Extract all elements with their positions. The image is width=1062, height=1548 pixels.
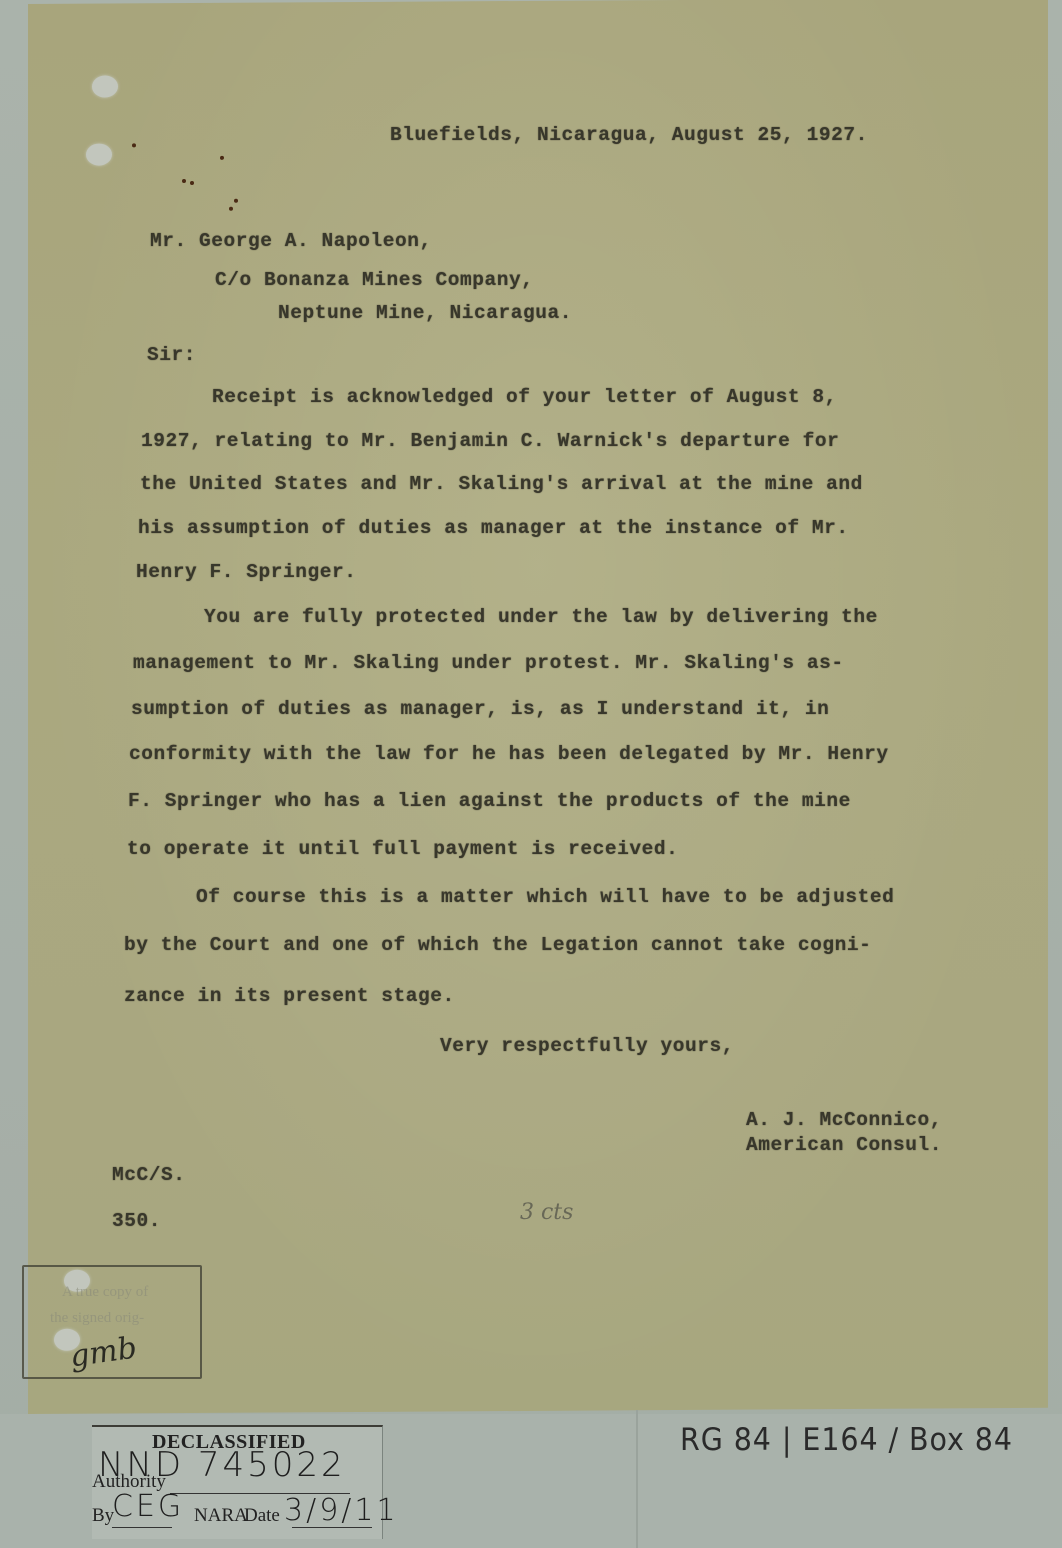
signature-title: American Consul. [746,1134,942,1156]
declassification-label: DECLASSIFIED NND 745022 Authority By CEG… [92,1425,383,1539]
ink-speck [229,207,233,211]
by-label: By [92,1505,114,1527]
body-line: zance in its present stage. [124,985,455,1007]
by-value: CEG [112,1489,184,1524]
body-line: to operate it until full payment is rece… [127,838,678,860]
body-line: F. Springer who has a lien against the p… [128,790,851,812]
dateline: Bluefields, Nicaragua, August 25, 1927. [390,124,868,146]
recipient-location: Neptune Mine, Nicaragua. [278,302,572,324]
body-line: 1927, relating to Mr. Benjamin C. Warnic… [141,430,839,452]
ink-speck [190,181,194,185]
date-label: Date [244,1505,280,1527]
recipient-care-of: C/o Bonanza Mines Company, [215,269,534,291]
file-number: 350. [112,1210,161,1232]
record-group-label: RG 84 | E164 / Box 84 [680,1422,1013,1458]
signature-name: A. J. McConnico, [746,1109,942,1131]
handwritten-note: 3 cts [520,1200,573,1225]
date-value: 3/9/11 [284,1493,399,1528]
agency-label: NARA [194,1505,248,1527]
body-line: Receipt is acknowledged of your letter o… [212,386,837,408]
body-line: his assumption of duties as manager at t… [138,517,849,539]
punch-hole [92,75,118,97]
by-line [112,1527,172,1528]
date-line [292,1527,372,1528]
closing: Very respectfully yours, [440,1035,734,1057]
body-line: conformity with the law for he has been … [129,743,889,765]
body-line: the United States and Mr. Skaling's arri… [140,473,863,495]
body-line: by the Court and one of which the Legati… [124,934,871,956]
recipient-name: Mr. George A. Napoleon, [150,230,432,252]
body-line: sumption of duties as manager, is, as I … [131,698,829,720]
copy-stamp-line: the signed orig- [50,1310,144,1327]
ink-speck [234,199,238,203]
body-line: Of course this is a matter which will ha… [196,886,894,908]
body-line: management to Mr. Skaling under protest.… [133,652,844,674]
body-line: You are fully protected under the law by… [204,606,878,628]
copy-stamp-line: A true copy of [62,1284,148,1301]
label-divider [636,1410,638,1548]
reference-initials: McC/S. [112,1164,186,1186]
ink-speck [220,156,224,160]
ink-speck [182,179,186,183]
ink-speck [132,143,136,147]
punch-hole [86,143,112,165]
body-line: Henry F. Springer. [136,561,357,583]
salutation: Sir: [147,344,196,366]
